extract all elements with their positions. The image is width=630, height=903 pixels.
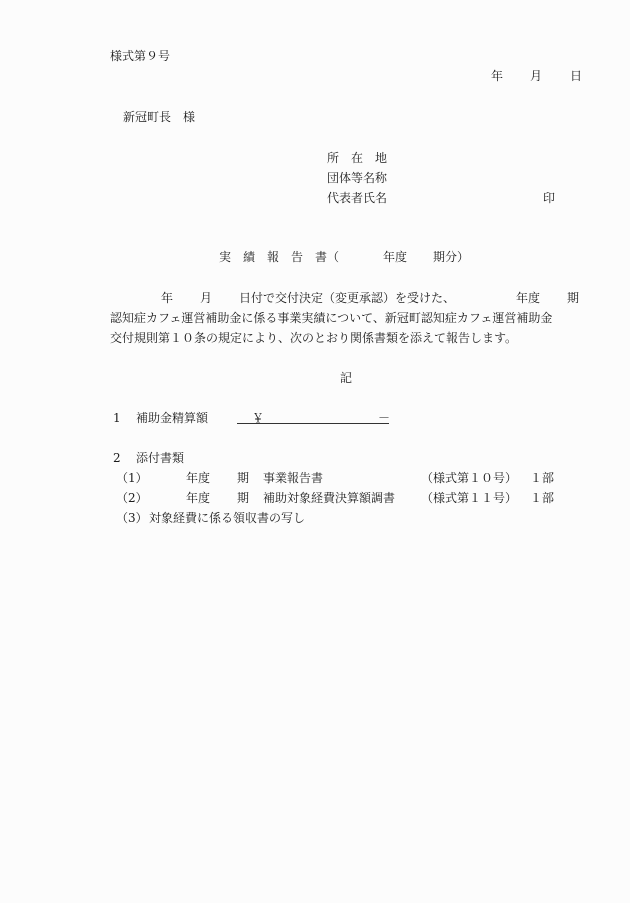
item1-number: 1	[113, 411, 121, 425]
address-label: 所 在 地	[327, 151, 387, 165]
body-line3: 交付規則第１０条の規定により、次のとおり関係書類を添えて報告します。	[110, 331, 517, 345]
attachment-period: 期	[237, 471, 249, 485]
date-day: 日	[570, 69, 582, 83]
addressee: 新冠町長 様	[123, 110, 195, 124]
body-period: 期	[567, 291, 579, 305]
attachment-name: 事業報告書	[263, 471, 323, 485]
ki-heading: 記	[340, 371, 352, 385]
title-period: 期分）	[433, 250, 469, 264]
attachment-period: 期	[237, 491, 249, 505]
org-name-label: 団体等名称	[327, 171, 387, 185]
body-fiscal-year: 年度	[516, 291, 540, 305]
body-year: 年	[161, 291, 173, 305]
attachment-no: （1）	[116, 471, 148, 485]
body-line2: 認知症カフェ運営補助金に係る事業実績について、新冠町認知症カフェ運営補助金	[110, 311, 552, 325]
body-month: 月	[200, 291, 212, 305]
attachment-copies: １部	[530, 491, 554, 505]
attachment-no: （3）	[116, 511, 148, 525]
date-month: 月	[530, 69, 542, 83]
item2-number: 2	[113, 451, 121, 465]
attachment-name: 補助対象経費決算額調書	[263, 491, 395, 505]
form-number: 様式第９号	[110, 49, 170, 63]
attachment-copies: １部	[530, 471, 554, 485]
item1-label: 補助金精算額	[136, 411, 208, 425]
attachment-name: 対象経費に係る領収書の写し	[149, 511, 305, 525]
item2-label: 添付書類	[136, 451, 184, 465]
body-line1-text: 日付で交付決定（変更承認）を受けた、	[239, 291, 455, 305]
attachment-fy: 年度	[186, 491, 210, 505]
attachment-form: （様式第１１号）	[421, 491, 517, 505]
amount-underline	[237, 423, 389, 424]
title-fiscal-year: 年度	[383, 250, 407, 264]
date-year: 年	[491, 69, 503, 83]
document-title: 実 績 報 告 書（	[219, 250, 339, 264]
attachment-no: （2）	[116, 491, 148, 505]
seal-mark: 印	[543, 191, 555, 205]
representative-label: 代表者氏名	[327, 191, 387, 205]
attachment-form: （様式第１０号）	[421, 471, 517, 485]
attachment-fy: 年度	[186, 471, 210, 485]
